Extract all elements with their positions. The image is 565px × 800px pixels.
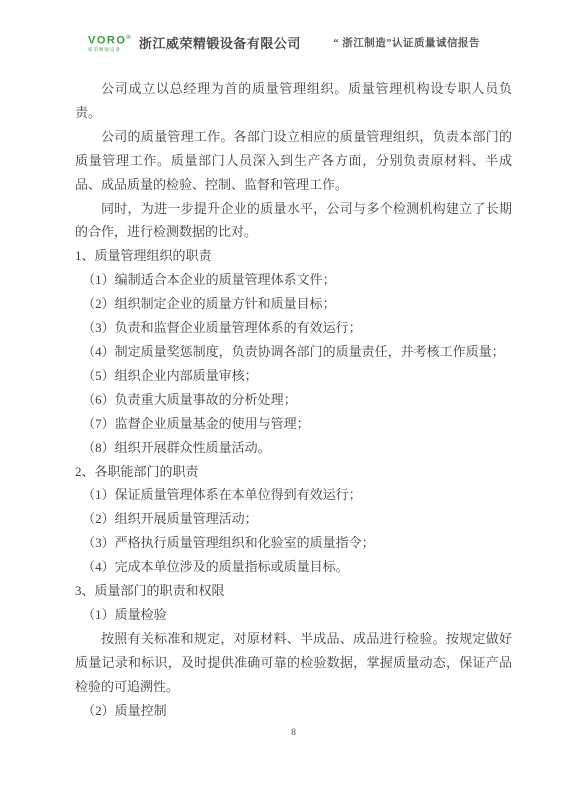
paragraph: 同时，为进一步提升企业的质量水平，公司与多个检测机构建立了长期的合作，进行检测数…	[75, 197, 512, 245]
section-heading: 2、各职能部门的职责	[75, 460, 512, 484]
section-heading: 3、质量部门的职责和权限	[75, 579, 512, 603]
logo-tagline: 威荣精锻设备	[88, 48, 131, 53]
list-item: （3）负责和监督企业质量管理体系的有效运行；	[75, 316, 512, 340]
list-item: （7）监督企业质量基金的使用与管理；	[75, 412, 512, 436]
list-item: （5）组织企业内部质量审核；	[75, 364, 512, 388]
list-item: （2）组织开展质量管理活动；	[75, 507, 512, 531]
list-item: （1）质量检验	[75, 603, 512, 627]
company-logo: VORO® 威荣精锻设备	[88, 35, 131, 52]
list-item: （1）保证质量管理体系在本单位得到有效运行；	[75, 483, 512, 507]
company-name: 浙江威荣精锻设备有限公司	[139, 33, 301, 52]
page-number: 8	[75, 728, 512, 738]
report-title: “ 浙江制造”认证质量诚信报告	[333, 35, 480, 50]
list-item: （6）负责重大质量事故的分析处理；	[75, 388, 512, 412]
document-body: 公司成立以总经理为首的质量管理组织。质量管理机构设专职人员负责。公司的质量管理工…	[75, 77, 512, 722]
list-item: （2）质量控制	[75, 699, 512, 723]
list-item: （4）完成本单位涉及的质量指标或质量目标。	[75, 555, 512, 579]
document-page: VORO® 威荣精锻设备 浙江威荣精锻设备有限公司 “ 浙江制造”认证质量诚信报…	[0, 0, 565, 800]
list-item: （8）组织开展群众性质量活动。	[75, 436, 512, 460]
registered-trademark-icon: ®	[126, 35, 130, 41]
logo-text: VORO	[88, 35, 126, 47]
paragraph: 按照有关标准和规定，对原材料、半成品、成品进行检验。按规定做好质量记录和标识，及…	[75, 627, 512, 699]
page-header: VORO® 威荣精锻设备 浙江威荣精锻设备有限公司 “ 浙江制造”认证质量诚信报…	[88, 33, 480, 52]
list-item: （1）编制适合本企业的质量管理体系文件；	[75, 268, 512, 292]
logo-wordmark: VORO®	[88, 35, 131, 47]
list-item: （3）严格执行质量管理组织和化验室的质量指令；	[75, 531, 512, 555]
paragraph: 公司成立以总经理为首的质量管理组织。质量管理机构设专职人员负责。	[75, 77, 512, 125]
paragraph: 公司的质量管理工作。各部门设立相应的质量管理组织，负责本部门的质量管理工作。质量…	[75, 125, 512, 197]
list-item: （4）制定质量奖惩制度，负责协调各部门的质量责任，并考核工作质量；	[75, 340, 512, 364]
list-item: （2）组织制定企业的质量方针和质量目标；	[75, 292, 512, 316]
section-heading: 1、质量管理组织的职责	[75, 244, 512, 268]
